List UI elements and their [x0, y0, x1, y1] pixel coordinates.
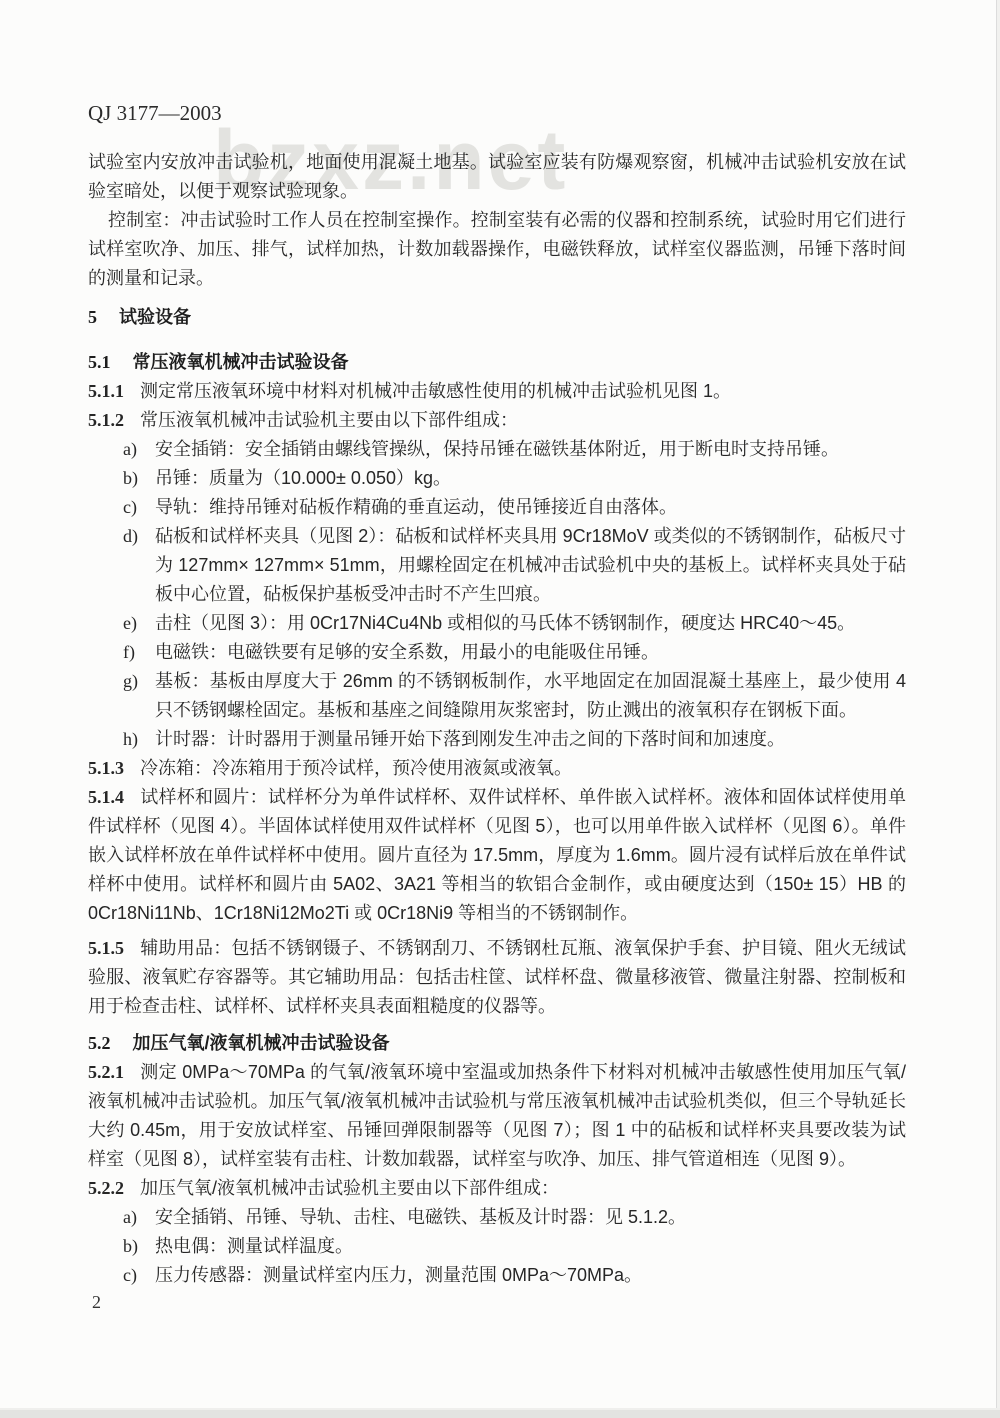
clause-5-1-4: 5.1.4试样杯和圆片：试样杯分为单件试样杯、双件试样杯、单件嵌入试样杯。液体和… [88, 783, 906, 928]
clause-number: 5.2.1 [88, 1062, 124, 1082]
list-item: a)安全插销、吊锤、导轨、击柱、电磁铁、基板及计时器：见 5.1.2。 [88, 1203, 906, 1232]
list-item: e)击柱（见图 3）：用 0Cr17Ni4Cu4Nb 或相似的马氏体不锈钢制作，… [88, 609, 906, 638]
list-marker: f) [123, 638, 135, 667]
page-number: 2 [92, 1292, 101, 1313]
scan-edge-right [996, 0, 997, 1418]
list-item: a)安全插销：安全插销由螺线管操纵，保持吊锤在磁铁基体附近，用于断电时支持吊锤。 [88, 435, 906, 464]
clause-number: 5.1.3 [88, 758, 124, 778]
list-item-text: 电磁铁：电磁铁要有足够的安全系数，用最小的电能吸住吊锤。 [155, 642, 659, 662]
clause-5-2-2: 5.2.2加压气氧/液氧机械冲击试验机主要由以下部件组成： [88, 1174, 906, 1203]
list-item: g)基板：基板由厚度大于 26mm 的不锈钢板制作，水平地固定在加固混凝土基座上… [88, 667, 906, 725]
clause-number: 5.1.5 [88, 938, 124, 958]
list-item: d)砧板和试样杯夹具（见图 2）：砧板和试样杯夹具用 9Cr18MoV 或类似的… [88, 522, 906, 609]
list-item: b)热电偶：测量试样温度。 [88, 1232, 906, 1261]
list-marker: d) [123, 522, 138, 551]
list-item: b)吊锤：质量为（10.000± 0.050）kg。 [88, 464, 906, 493]
clause-text: 辅助用品：包括不锈钢镊子、不锈钢刮刀、不锈钢杜瓦瓶、液氧保护手套、护目镜、阻火无… [88, 938, 906, 1016]
document-page: bzxz.net QJ 3177—2003 试验室内安放冲击试验机，地面使用混凝… [0, 0, 1000, 1418]
clause-text: 测定 0MPa～70MPa 的气氧/液氧环境中室温或加热条件下材料对机械冲击敏感… [88, 1062, 906, 1169]
section-number: 5.1 [88, 352, 111, 372]
component-list-5-2-2: a)安全插销、吊锤、导轨、击柱、电磁铁、基板及计时器：见 5.1.2。 b)热电… [88, 1203, 906, 1290]
list-marker: e) [123, 609, 137, 638]
list-item-text: 击柱（见图 3）：用 0Cr17Ni4Cu4Nb 或相似的马氏体不锈钢制作，硬度… [155, 613, 855, 633]
list-item-text: 砧板和试样杯夹具（见图 2）：砧板和试样杯夹具用 9Cr18MoV 或类似的不锈… [155, 526, 906, 604]
clause-5-1-3: 5.1.3冷冻箱：冷冻箱用于预冷试样，预冷使用液氮或液氧。 [88, 754, 906, 783]
list-item-text: 导轨：维持吊锤对砧板作精确的垂直运动，使吊锤接近自由落体。 [155, 497, 677, 517]
scan-edge-bottom [0, 1408, 1000, 1418]
list-item-text: 安全插销、吊锤、导轨、击柱、电磁铁、基板及计时器：见 5.1.2。 [155, 1207, 686, 1227]
section-number: 5 [88, 307, 97, 327]
list-item-text: 基板：基板由厚度大于 26mm 的不锈钢板制作，水平地固定在加固混凝土基座上，最… [155, 671, 906, 720]
component-list-5-1-2: a)安全插销：安全插销由螺线管操纵，保持吊锤在磁铁基体附近，用于断电时支持吊锤。… [88, 435, 906, 754]
list-item-text: 压力传感器：测量试样室内压力，测量范围 0MPa～70MPa。 [155, 1265, 642, 1285]
list-marker: h) [123, 725, 138, 754]
clause-5-1-2: 5.1.2常压液氧机械冲击试验机主要由以下部件组成： [88, 406, 906, 435]
list-item-text: 热电偶：测量试样温度。 [155, 1236, 353, 1256]
paragraph-lab-layout: 试验室内安放冲击试验机，地面使用混凝土地基。试验室应装有防爆观察窗，机械冲击试验… [88, 148, 906, 206]
section-number: 5.2 [88, 1033, 111, 1053]
clause-text: 试样杯和圆片：试样杯分为单件试样杯、双件试样杯、单件嵌入试样杯。液体和固体试样使… [88, 787, 906, 923]
list-marker: c) [123, 493, 137, 522]
section-title: 试验设备 [119, 307, 191, 327]
section-title: 加压气氧/液氧机械冲击试验设备 [133, 1033, 390, 1053]
list-marker: a) [123, 435, 137, 464]
clause-5-1-5: 5.1.5辅助用品：包括不锈钢镊子、不锈钢刮刀、不锈钢杜瓦瓶、液氧保护手套、护目… [88, 934, 906, 1021]
clause-text: 测定常压液氧环境中材料对机械冲击敏感性使用的机械冲击试验机见图 1。 [140, 381, 731, 401]
clause-text: 加压气氧/液氧机械冲击试验机主要由以下部件组成： [140, 1178, 559, 1198]
list-item: f)电磁铁：电磁铁要有足够的安全系数，用最小的电能吸住吊锤。 [88, 638, 906, 667]
clause-text: 冷冻箱：冷冻箱用于预冷试样，预冷使用液氮或液氧。 [140, 758, 572, 778]
list-marker: c) [123, 1261, 137, 1290]
clause-number: 5.1.2 [88, 410, 124, 430]
heading-section-5-1: 5.1常压液氧机械冲击试验设备 [88, 348, 906, 377]
list-item: c)压力传感器：测量试样室内压力，测量范围 0MPa～70MPa。 [88, 1261, 906, 1290]
heading-section-5-2: 5.2加压气氧/液氧机械冲击试验设备 [88, 1029, 906, 1058]
section-title: 常压液氧机械冲击试验设备 [133, 352, 349, 372]
clause-number: 5.1.1 [88, 381, 124, 401]
list-marker: a) [123, 1203, 137, 1232]
clause-number: 5.2.2 [88, 1178, 124, 1198]
list-item-text: 吊锤：质量为（10.000± 0.050）kg。 [155, 468, 451, 488]
clause-text: 常压液氧机械冲击试验机主要由以下部件组成： [140, 410, 518, 430]
clause-number: 5.1.4 [88, 787, 124, 807]
heading-section-5: 5试验设备 [88, 303, 906, 332]
list-item-text: 安全插销：安全插销由螺线管操纵，保持吊锤在磁铁基体附近，用于断电时支持吊锤。 [155, 439, 839, 459]
document-body: 试验室内安放冲击试验机，地面使用混凝土地基。试验室应装有防爆观察窗，机械冲击试验… [88, 148, 906, 1290]
standard-number-header: QJ 3177—2003 [88, 101, 222, 126]
clause-5-2-1: 5.2.1测定 0MPa～70MPa 的气氧/液氧环境中室温或加热条件下材料对机… [88, 1058, 906, 1174]
list-marker: b) [123, 1232, 138, 1261]
list-item-text: 计时器：计时器用于测量吊锤开始下落到刚发生冲击之间的下落时间和加速度。 [155, 729, 785, 749]
clause-5-1-1: 5.1.1测定常压液氧环境中材料对机械冲击敏感性使用的机械冲击试验机见图 1。 [88, 377, 906, 406]
list-marker: g) [123, 667, 138, 696]
paragraph-control-room: 控制室：冲击试验时工作人员在控制室操作。控制室装有必需的仪器和控制系统，试验时用… [88, 206, 906, 293]
list-item: h)计时器：计时器用于测量吊锤开始下落到刚发生冲击之间的下落时间和加速度。 [88, 725, 906, 754]
list-item: c)导轨：维持吊锤对砧板作精确的垂直运动，使吊锤接近自由落体。 [88, 493, 906, 522]
list-marker: b) [123, 464, 138, 493]
